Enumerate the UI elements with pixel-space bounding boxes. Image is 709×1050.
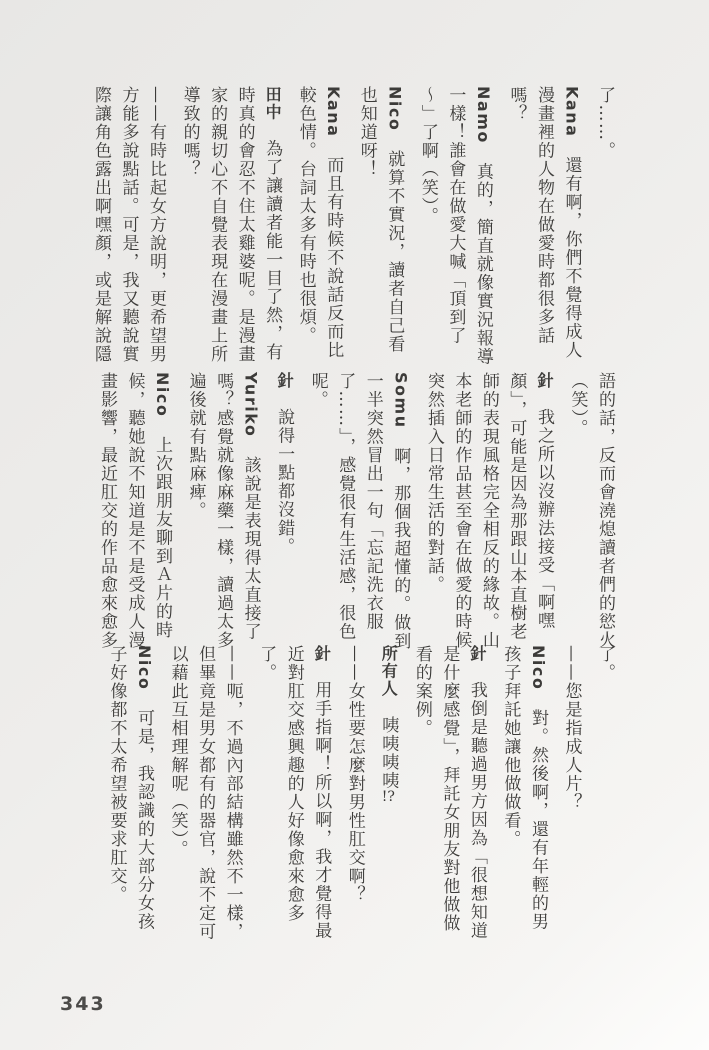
speaker-label: Nico: [153, 372, 172, 417]
speaker-label: Kana: [324, 86, 343, 137]
dialogue-paragraph: 了……。: [590, 86, 618, 368]
dialogue-text: 用手指啊！所以啊，我才覺得最近對肛交感興趣的人好像愈來愈多了。: [256, 645, 331, 940]
text-band-top: 了……。 Kana 還有啊，你們不覺得成人漫畫裡的人物在做愛時都很多話嗎？ Na…: [86, 86, 618, 368]
dialogue-paragraph: Nico 就算不實況，讀者自己看也知道呀！: [352, 86, 407, 368]
dialogue-text: ——您是指成人片？: [561, 645, 581, 812]
dialogue-paragraph: Nico 可是，我認識的大部分女孩子好像都不太希望被要求肛交。: [102, 645, 157, 945]
speaker-label: Kana: [562, 86, 581, 137]
dialogue-paragraph: Yuriko 該說是表現得太直接了嗎？感覺就像麻藥一樣，讀過太多遍後就有點麻痺。: [181, 372, 264, 654]
dialogue-paragraph: 語的話，反而會澆熄讀者們的慾火（笑）。: [563, 372, 618, 654]
dialogue-paragraph: Nico 對。然後啊，還有年輕的男孩子拜託她讓他做做看。: [496, 645, 551, 945]
dialogue-text: 為了讓讀者能一目了然，有時真的會忍不住太雞婆呢。是漫畫家的親切心不自覺表現在漫畫…: [180, 86, 283, 364]
dialogue-paragraph: 針 用手指啊！所以啊，我才覺得最近對肛交感興趣的人好像愈來愈多了。: [252, 645, 335, 945]
dialogue-paragraph: Kana 而且有時候不說話反而比較色情。台詞太多有時也很煩。: [291, 86, 346, 368]
speaker-label: 針: [535, 372, 554, 390]
dialogue-text: ——有時比起女方說明，更希望男方能多說點話。可是，我又聽說實際讓角色露出啊嘿顏，…: [91, 86, 166, 364]
dialogue-paragraph: 了。: [590, 645, 618, 945]
dialogue-paragraph: 針 我倒是聽過男方因為「很想知道是什麼感覺」，拜託女朋友對他做做看的案例。: [407, 645, 490, 945]
speaker-label: Nico: [385, 86, 404, 131]
speaker-label: 針: [312, 645, 331, 663]
text-band-bottom: 了。 ——您是指成人片？ Nico 對。然後啊，還有年輕的男孩子拜託她讓他做做看…: [102, 645, 618, 945]
dialogue-text: 語的話，反而會澆熄讀者們的慾火（笑）。: [567, 372, 615, 650]
interviewer-paragraph: ——女性要怎麼對男性肛交啊？: [340, 645, 368, 945]
dialogue-text: 說得一點都沒錯。: [274, 390, 294, 557]
interviewer-paragraph: ——您是指成人片？: [557, 645, 585, 945]
interviewer-paragraph: ——有時比起女方說明，更希望男方能多說點話。可是，我又聽說實際讓角色露出啊嘿顏，…: [86, 86, 169, 368]
speaker-label: 所有人: [379, 645, 398, 698]
dialogue-paragraph: 田中 為了讓讀者能一目了然，有時真的會忍不住太雞婆呢。是漫畫家的親切心不自覺表現…: [175, 86, 285, 368]
dialogue-paragraph: Kana 還有啊，你們不覺得成人漫畫裡的人物在做愛時都很多話嗎？: [502, 86, 585, 368]
dialogue-text: 咦咦咦咦: [378, 698, 398, 791]
speaker-label: 田中: [263, 86, 282, 121]
book-page: 了……。 Kana 還有啊，你們不覺得成人漫畫裡的人物在做愛時都很多話嗎？ Na…: [0, 0, 709, 1050]
dialogue-paragraph: Nico 上次跟朋友聊到Ａ片的時候，聽她說不知道是不是受成人漫畫影響，最近肛交的…: [92, 372, 175, 654]
dialogue-paragraph: Namo 真的，簡直就像實況報導一樣！誰會在做愛大喊「頂到了～」了啊（笑）。: [413, 86, 496, 368]
dialogue-paragraph: 所有人 咦咦咦咦!?: [374, 645, 402, 945]
speaker-label: Somu: [391, 372, 410, 429]
speaker-label: Nico: [135, 645, 154, 690]
speaker-label: 針: [468, 645, 487, 663]
speaker-label: Nico: [529, 645, 548, 690]
dialogue-text: 了……。: [595, 86, 615, 160]
dialogue-text: ——呃，不過內部結構雖然不一樣，但畢竟是男女都有的器官，說不定可以藉此互相理解呢…: [168, 645, 243, 941]
dialogue-paragraph: 針 說得一點都沒錯。: [270, 372, 298, 654]
dialogue-text: 我之所以沒辦法接受「啊嘿顏」，可能是因為那跟山本直樹老師的表現風格完全相反的緣故…: [424, 372, 554, 650]
exclamation-question-mark: !?: [380, 790, 396, 804]
page-number: 343: [60, 993, 106, 1015]
speaker-label: Namo: [474, 86, 493, 144]
dialogue-paragraph: Somu 啊，那個我超懂的。做到一半突然冒出一句「忘記洗衣服了……」，感覺很有生…: [303, 372, 413, 654]
dialogue-paragraph: 針 我之所以沒辦法接受「啊嘿顏」，可能是因為那跟山本直樹老師的表現風格完全相反的…: [419, 372, 557, 654]
dialogue-text: ——女性要怎麼對男性肛交啊？: [345, 645, 365, 904]
text-band-middle: 語的話，反而會澆熄讀者們的慾火（笑）。 針 我之所以沒辦法接受「啊嘿顏」，可能是…: [92, 372, 618, 654]
dialogue-text: 我倒是聽過男方因為「很想知道是什麼感覺」，拜託女朋友對他做做看的案例。: [412, 645, 487, 940]
speaker-label: 針: [275, 372, 294, 390]
speaker-label: Yuriko: [242, 372, 261, 437]
interviewer-paragraph: ——呃，不過內部結構雖然不一樣，但畢竟是男女都有的器官，說不定可以藉此互相理解呢…: [163, 645, 246, 945]
dialogue-text: 了。: [595, 645, 615, 682]
